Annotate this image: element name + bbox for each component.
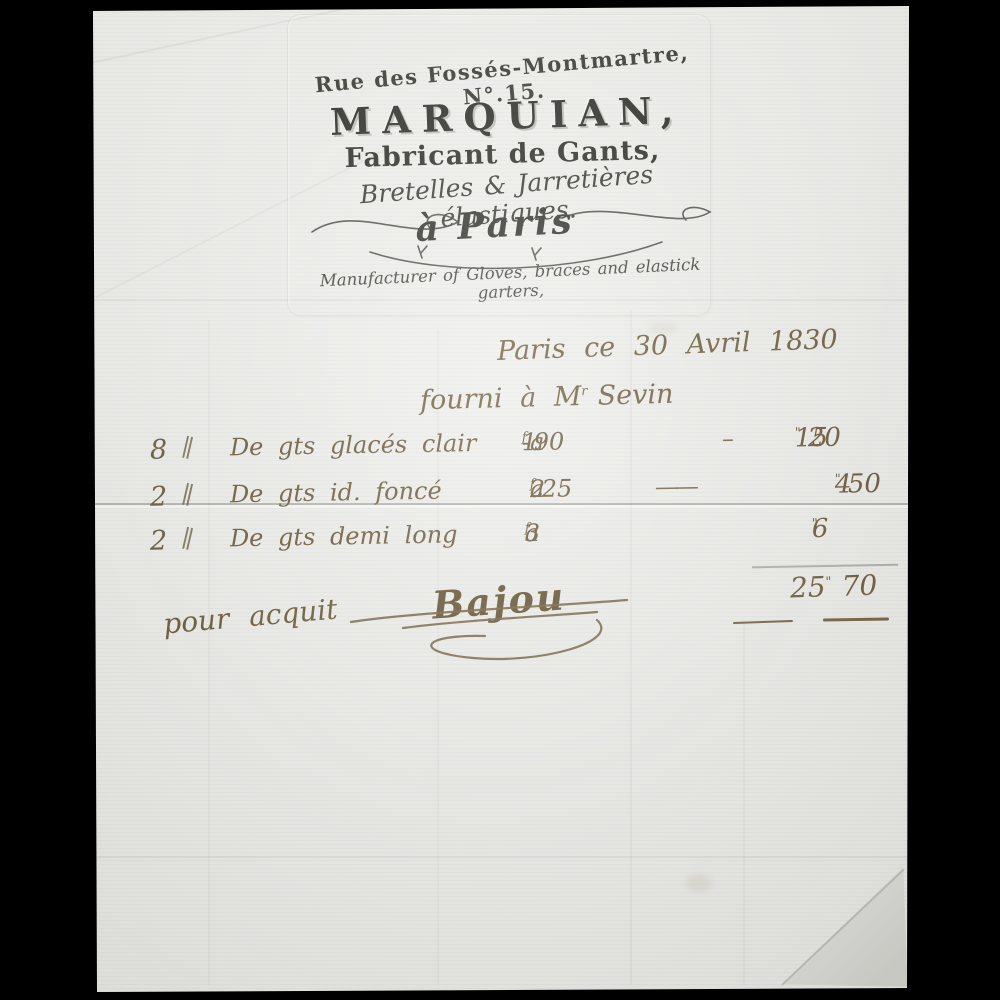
item-amount: 4"50: [835, 470, 842, 500]
pairs-mark-icon: ∥: [179, 480, 196, 510]
tally-dash: ——: [655, 472, 695, 501]
pairs-mark-icon: ∥: [179, 524, 196, 554]
total-centimes: 70: [841, 568, 878, 602]
acquit-note: pour acquit: [162, 592, 339, 640]
paper-stain: [686, 874, 712, 892]
item-description: De gts demi long: [230, 520, 458, 552]
price-centimes: 90: [533, 427, 564, 456]
invoice-line-item: 8 ∥ De gts glacés clair -a 1f90 – 15"20: [150, 421, 921, 476]
item-quantity: 2: [150, 525, 168, 556]
invoice-total: 25"70: [789, 568, 877, 604]
fold-crease: [630, 310, 632, 985]
amount-centimes: 50: [848, 469, 882, 500]
total-mark: ": [825, 575, 832, 590]
fold-crease: [208, 320, 210, 985]
item-quantity: 2: [150, 481, 168, 512]
photo-background: Rue des Fossés-Montmartre, N°.15. MARQUI…: [0, 0, 1000, 1000]
total-underline: [823, 617, 889, 621]
dateline: Paris ce 30 Avril 1830: [497, 324, 839, 367]
recipient-line: fourni à MrSevin: [420, 379, 674, 417]
item-unit-price: -a 1f90: [522, 428, 527, 456]
item-unit-price: a 3f: [525, 519, 530, 547]
recipient-superscript: r: [581, 384, 588, 399]
amount-centimes: 20: [808, 423, 842, 454]
fold-crease: [743, 620, 745, 985]
invoice-paper: Rue des Fossés-Montmartre, N°.15. MARQUI…: [0, 0, 1000, 1000]
item-amount: 6": [812, 514, 819, 544]
total-underline: [733, 620, 793, 624]
item-amount: 15"20: [795, 423, 802, 453]
fold-crease: [95, 856, 907, 858]
item-quantity: 8: [150, 434, 168, 465]
price-centimes: 25: [541, 474, 572, 503]
tally-dash: –: [722, 425, 734, 453]
item-description: De gts id. foncé: [230, 477, 442, 509]
invoice-items: 8 ∥ De gts glacés clair -a 1f90 – 15"20 …: [150, 428, 920, 573]
pairs-mark-icon: ∥: [179, 433, 196, 463]
item-unit-price: a 2f25: [530, 475, 535, 503]
item-description: De gts glacés clair: [230, 429, 477, 461]
recipient-name: Sevin: [597, 379, 674, 412]
recipient-prefix: fourni à M: [420, 381, 582, 416]
signature: Bajou: [431, 573, 567, 627]
amount-francs: 6: [812, 514, 829, 544]
price-francs: 3: [525, 519, 541, 547]
total-francs: 25: [789, 570, 826, 604]
